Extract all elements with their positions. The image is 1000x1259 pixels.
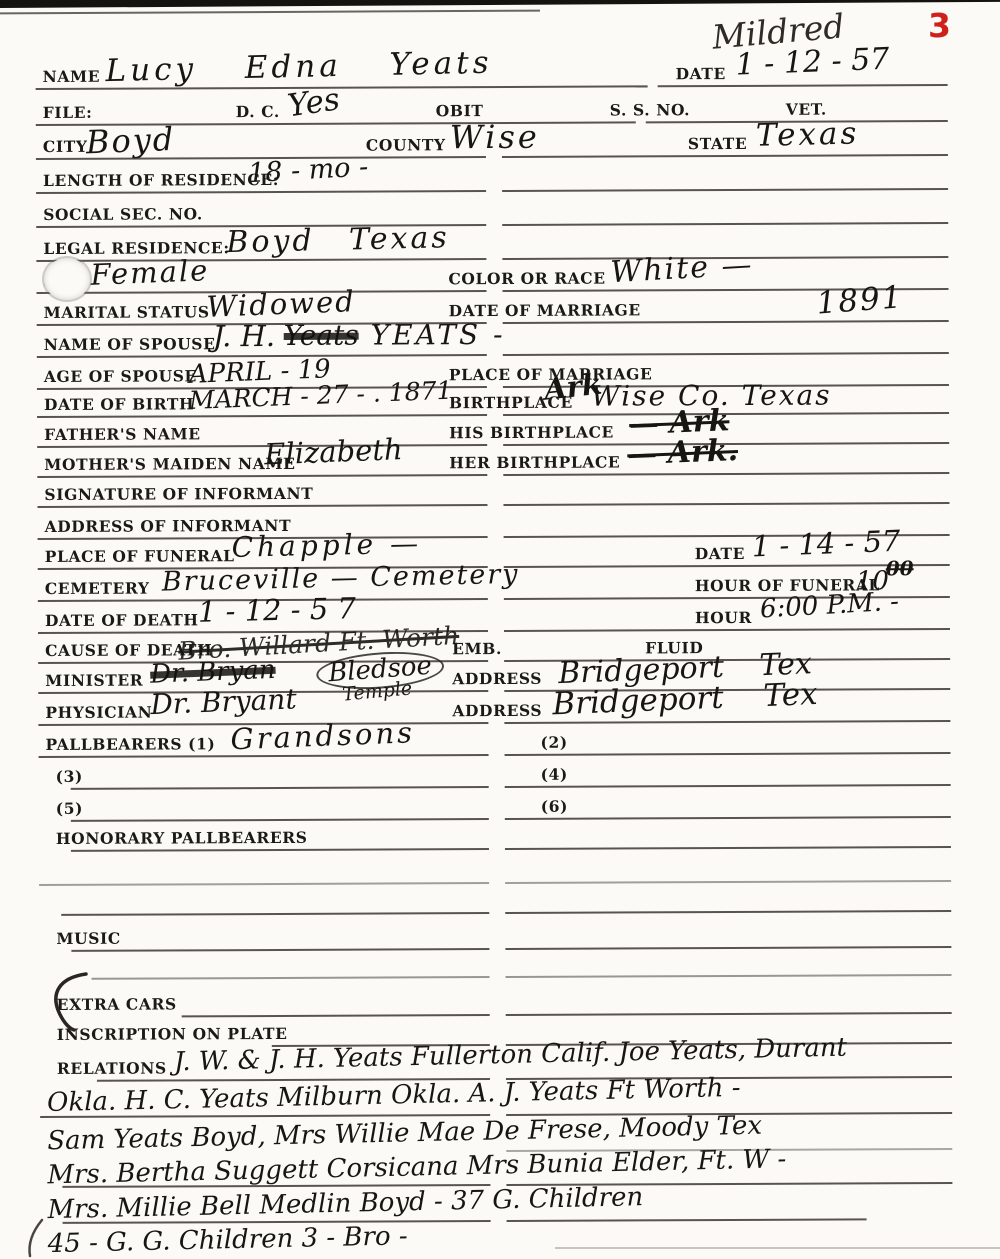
rule bbox=[506, 974, 952, 978]
place-funeral-label: PLACE OF FUNERAL bbox=[45, 546, 235, 566]
form-row: Mrs. Millie Bell Medlin Boyd - 37 G. Chi… bbox=[2, 1184, 1000, 1224]
form-row: NAME Lucy Edna Yeats DATE 1 - 12 - 57 bbox=[0, 48, 998, 90]
hour-death-value: 6:00 P.M. - bbox=[759, 587, 900, 625]
form-row: RELATIONS J. W. & J. H. Yeats Fullerton … bbox=[2, 1042, 1000, 1082]
physician-label: PHYSICIAN bbox=[45, 703, 152, 722]
state-value: Texas bbox=[755, 116, 859, 154]
form-row: HONORARY PALLBEARERS bbox=[1, 816, 1000, 852]
date-funeral-value: 1 - 14 - 57 bbox=[751, 524, 901, 564]
rule bbox=[92, 976, 490, 980]
form-row: SOCIAL SEC. NO. bbox=[0, 192, 998, 228]
form-row bbox=[1, 880, 1000, 916]
minister-address-label: ADDRESS bbox=[452, 669, 542, 688]
form-row: SIGNATURE OF INFORMANT bbox=[0, 472, 999, 508]
marital-status-label: MARITAL STATUS bbox=[44, 302, 210, 322]
form-row: (3) (4) bbox=[1, 754, 1000, 790]
relations-line: 45 - G. G. Children 3 - Bro - bbox=[47, 1221, 408, 1259]
her-birthplace-label: HER BIRTHPLACE bbox=[449, 452, 620, 472]
his-birthplace-label: HIS BIRTHPLACE bbox=[449, 423, 614, 443]
rule bbox=[61, 912, 489, 916]
form-row: NAME OF SPOUSE J. H. Yeats YEATS - bbox=[0, 322, 999, 358]
cemetery-label: CEMETERY bbox=[45, 579, 150, 598]
sex-value: Female bbox=[90, 253, 210, 292]
hour-death-label: HOUR bbox=[695, 608, 752, 627]
county-value: Wise bbox=[450, 118, 540, 156]
spouse-value-struck: Yeats bbox=[284, 319, 359, 352]
mother-value: Elizabeth bbox=[264, 432, 404, 471]
form-row: CITY Boyd COUNTY Wise STATE Texas bbox=[0, 124, 998, 160]
music-label: MUSIC bbox=[56, 929, 121, 948]
residence-length-label: LENGTH OF RESIDENCE: bbox=[43, 170, 279, 190]
date-label: DATE bbox=[676, 64, 726, 83]
color-race-label: COLOR OR RACE bbox=[448, 269, 605, 289]
ssno-label: S. S. NO. bbox=[610, 100, 691, 119]
date-death-label: DATE OF DEATH bbox=[45, 610, 199, 630]
form-row: PHYSICIAN Dr. Bryant ADDRESS Bridgeport … bbox=[0, 690, 1000, 726]
name-label: NAME bbox=[43, 67, 101, 86]
color-race-value: White — bbox=[610, 247, 755, 290]
honorary-pallbearers-label: HONORARY PALLBEARERS bbox=[56, 828, 308, 848]
hole-punch-mark bbox=[44, 258, 90, 300]
county-label: COUNTY bbox=[366, 135, 446, 154]
date-death-value: 1 - 12 - 5 7 bbox=[198, 591, 357, 628]
pallbearers3-label: (3) bbox=[56, 767, 83, 786]
scan-bottom-shadow bbox=[555, 1247, 1000, 1249]
state-label: STATE bbox=[688, 134, 748, 153]
signature-informant-label: SIGNATURE OF INFORMANT bbox=[44, 484, 313, 504]
hour-funeral-superscript: 00 bbox=[886, 556, 914, 580]
physician-address-label: ADDRESS bbox=[452, 701, 542, 720]
form-row: 45 - G. G. Children 3 - Bro - bbox=[3, 1220, 1000, 1259]
form-row bbox=[1, 944, 1000, 980]
scanned-funeral-record: Mildred 3 NAME Lucy Edna Yeats DATE 1 - … bbox=[0, 0, 1000, 1259]
date-funeral-label: DATE bbox=[695, 544, 745, 563]
date-birth-label: DATE OF BIRTH bbox=[44, 394, 194, 414]
spouse-label: NAME OF SPOUSE bbox=[44, 334, 216, 354]
physician-value: Dr. Bryant bbox=[150, 682, 298, 721]
form-row: PALLBEARERS (1) Grandsons (2) bbox=[0, 722, 1000, 758]
pallbearers5-label: (5) bbox=[56, 799, 83, 818]
rule bbox=[71, 848, 489, 852]
her-birthplace-value: — Ark. bbox=[627, 433, 739, 472]
pallbearers6-label: (6) bbox=[541, 797, 568, 816]
rule bbox=[658, 84, 948, 87]
form-row: LENGTH OF RESIDENCE: 18 - mo - bbox=[0, 158, 998, 194]
form-row: Okla. H. C. Yeats Milburn Okla. A. J. Ye… bbox=[2, 1078, 1000, 1118]
spouse-value-prefix: J. H. bbox=[213, 319, 275, 353]
dc-label: D. C. bbox=[236, 102, 280, 121]
dc-value: Yes bbox=[285, 81, 342, 124]
city-value: Boyd bbox=[85, 120, 176, 161]
pallbearers4-label: (4) bbox=[541, 765, 568, 784]
relations-label: RELATIONS bbox=[57, 1058, 167, 1077]
spouse-value: YEATS - bbox=[371, 318, 506, 352]
pen-tick-mark bbox=[24, 1218, 48, 1258]
pen-mark bbox=[48, 972, 118, 1034]
city-label: CITY bbox=[43, 137, 88, 156]
pallbearers1-label: PALLBEARERS (1) bbox=[45, 734, 215, 754]
date-value: 1 - 12 - 57 bbox=[735, 42, 890, 83]
name-value: Lucy Edna Yeats bbox=[105, 45, 493, 89]
pallbearers2-label: (2) bbox=[540, 733, 567, 752]
father-label: FATHER'S NAME bbox=[44, 424, 201, 444]
form-body: NAME Lucy Edna Yeats DATE 1 - 12 - 57 FI… bbox=[0, 0, 1000, 1259]
social-sec-label: SOCIAL SEC. NO. bbox=[43, 204, 203, 224]
rule bbox=[505, 910, 951, 914]
place-funeral-value: Chapple — bbox=[231, 527, 422, 564]
legal-residence-value: Boyd Texas bbox=[226, 220, 450, 260]
residence-length-value: 18 - mo - bbox=[247, 151, 369, 189]
mother-label: MOTHER'S MAIDEN NAME bbox=[44, 454, 295, 474]
age-spouse-label: AGE OF SPOUSE bbox=[44, 366, 197, 386]
file-label: FILE: bbox=[43, 103, 93, 122]
pallbearers1-value: Grandsons bbox=[230, 715, 416, 756]
emb-label: EMB. bbox=[452, 639, 502, 658]
date-marriage-value: 1891 bbox=[815, 279, 904, 321]
form-row: Mrs. Bertha Suggett Corsicana Mrs Bunia … bbox=[2, 1148, 1000, 1188]
relations-line: Mrs. Millie Bell Medlin Boyd - 37 G. Chi… bbox=[47, 1182, 643, 1225]
minister-label: MINISTER bbox=[45, 671, 143, 690]
